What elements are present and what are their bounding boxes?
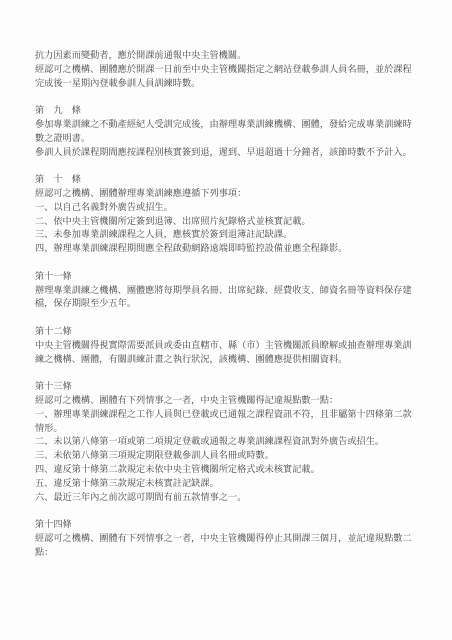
text-line: 四、違反第十條第二款規定未依中央主管機關所定格式或未核實記載。	[35, 463, 427, 477]
text-line: 三、未參加專業訓練課程之人員，應核實於簽到退簿註記缺課。	[35, 228, 427, 242]
text-line: 檔，保存期限至少五年。	[35, 297, 427, 311]
text-line: 點：	[35, 546, 427, 560]
text-line: 二、未以第八條第一項或第二項規定登載或通報之專業訓練課程資訊對外廣告或招生。	[35, 435, 427, 449]
article-section: 第十三條經認可之機構、團體有下列情事之一者，中央主管機關得記違規點數一點：一、辦…	[35, 380, 427, 504]
text-line: 數之證明書。	[35, 132, 427, 146]
text-line: 五、違反第十條第三款規定未核實註記缺課。	[35, 477, 427, 491]
article-heading: 第十二條	[35, 325, 427, 339]
article-section: 第十四條經認可之機構、團體有下列情事之一者，中央主管機關得停止其開課三個月，並記…	[35, 518, 427, 559]
text-line: 經認可之機構、團體有下列情事之一者，中央主管機關得停止其開課三個月，並記違規點數…	[35, 532, 427, 546]
text-line: 經認可之機構、團體有下列情事之一者，中央主管機關得記違規點數一點：	[35, 394, 427, 408]
article-section: 第十一條辦理專業訓練之機構、團體應將每期學員名冊、出席紀錄、經費收支、師資名冊等…	[35, 270, 427, 311]
text-line: 情形。	[35, 422, 427, 436]
text-line: 四、辦理專業訓練課程期間應全程啟動網路遠端即時監控設備並應全程錄影。	[35, 242, 427, 256]
text-line: 練之機構、團體，有關訓練計畫之執行狀況，該機構、團體應提供相關資料。	[35, 353, 427, 367]
document-page: 抗力因素而變動者，應於開課前通報中央主管機關。經認可之機構、團體應於開課一日前至…	[0, 0, 452, 640]
article-section: 第 九 條參加專業訓練之不動產經紀人受訓完成後，由辦理專業訓練機構、團體，發給完…	[35, 104, 427, 159]
text-line: 三、未依第八條第三項規定期限登載參訓人員名冊或時數。	[35, 449, 427, 463]
text-line: 經認可之機構、團體應於開課一日前至中央主管機關指定之網站登載參訓人員名冊，並於課…	[35, 63, 427, 77]
text-line: 參加專業訓練之不動產經紀人受訓完成後，由辦理專業訓練機構、團體，發給完成專業訓練…	[35, 118, 427, 132]
text-line: 辦理專業訓練之機構、團體應將每期學員名冊、出席紀錄、經費收支、師資名冊等資料保存…	[35, 284, 427, 298]
article-heading: 第 九 條	[35, 104, 427, 118]
text-line: 一、辦理專業訓練課程之工作人員與已登載或已通報之課程資訊不符，且非屬第十四條第二…	[35, 408, 427, 422]
text-line: 二、依中央主管機關所定簽到退簿、出席照片紀錄格式並核實記載。	[35, 215, 427, 229]
text-line: 抗力因素而變動者，應於開課前通報中央主管機關。	[35, 49, 427, 63]
article-section: 第十二條中央主管機關得視實際需要派員或委由直轄市、縣（市）主管機關派員瞭解或抽查…	[35, 325, 427, 366]
article-heading: 第 十 條	[35, 173, 427, 187]
article-heading: 第十四條	[35, 518, 427, 532]
text-line: 經認可之機構、團體辦理專業訓練應遵循下列事項：	[35, 187, 427, 201]
document-text-area: 抗力因素而變動者，應於開課前通報中央主管機關。經認可之機構、團體應於開課一日前至…	[35, 49, 427, 559]
text-line: 一、以自己名義對外廣告或招生。	[35, 201, 427, 215]
article-heading: 第十三條	[35, 380, 427, 394]
text-line: 六、最近三年內之前次認可期間有前五款情事之一。	[35, 491, 427, 505]
text-line: 完成後一星期內登載參訓人員訓練時數。	[35, 77, 427, 91]
article-section: 抗力因素而變動者，應於開課前通報中央主管機關。經認可之機構、團體應於開課一日前至…	[35, 49, 427, 90]
text-line: 中央主管機關得視實際需要派員或委由直轄市、縣（市）主管機關派員瞭解或抽查辦理專業…	[35, 339, 427, 353]
text-line: 參訓人員於課程期間應按課程別核實簽到退，遲到、早退超過十分鐘者，該節時數不予計入…	[35, 146, 427, 160]
article-heading: 第十一條	[35, 270, 427, 284]
article-section: 第 十 條經認可之機構、團體辦理專業訓練應遵循下列事項：一、以自己名義對外廣告或…	[35, 173, 427, 256]
